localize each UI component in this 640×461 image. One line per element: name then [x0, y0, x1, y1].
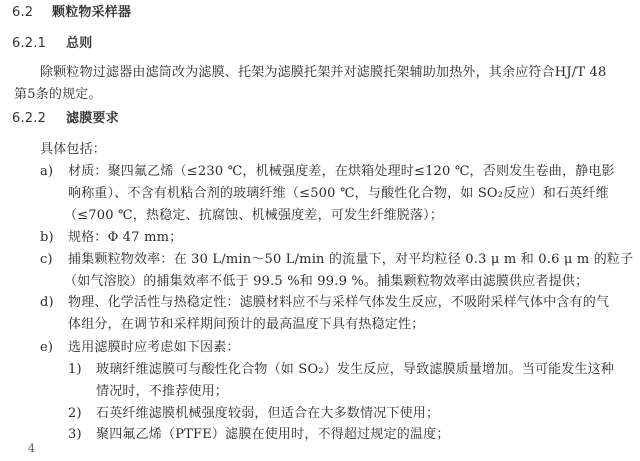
subitem-2-label: 2) — [68, 406, 82, 422]
section-heading: 6.2颗粒物采样器 — [12, 5, 131, 21]
subsection-number: 6.2.1 — [12, 36, 60, 52]
requirements-intro: 具体包括： — [40, 142, 106, 158]
page-number: 4 — [28, 442, 35, 455]
item-c-label: c) — [40, 252, 53, 268]
subitem-2-line-1: 石英纤维滤膜机械强度较弱，但适合在大多数情况下使用； — [96, 406, 439, 422]
subitem-1-label: 1) — [68, 362, 82, 378]
item-b-label: b) — [40, 230, 54, 246]
item-c-line-2: （如气溶胶）的捕集效率不低于 99.5 %和 99.9 %。捕集颗粒物效率由滤膜… — [64, 274, 588, 290]
item-a-line-2: 响称重）、不含有机粘合剂的玻璃纤维（≤500 ℃，与酸性化合物，如 SO₂反应）… — [68, 186, 609, 202]
section-title: 颗粒物采样器 — [52, 5, 131, 20]
item-a-line-1: 材质：聚四氟乙烯（≤230 ℃，机械强度差，在烘箱处理时≤120 ℃，否则发生卷… — [68, 164, 615, 180]
subitem-3-line-1: 聚四氟乙烯（PTFE）滤膜在使用时，不得超过规定的温度； — [96, 427, 450, 443]
section-number: 6.2 — [12, 5, 46, 21]
subsection-number: 6.2.2 — [12, 111, 60, 127]
item-e-line-1: 选用滤膜时应考虑如下因素： — [68, 340, 240, 356]
item-d-line-1: 物理、化学活性与热稳定性：滤膜材料应不与采样气体发生反应，不吸附采样气体中含有的… — [68, 295, 609, 311]
subsection-title: 总则 — [66, 36, 92, 51]
item-a-label: a) — [40, 164, 53, 180]
subitem-3-label: 3) — [68, 427, 82, 443]
item-e-label: e) — [40, 340, 53, 356]
item-b-line-1: 规格：Φ 47 mm； — [68, 230, 182, 246]
general-paragraph-line-2: 第5条的规定。 — [14, 87, 102, 103]
subitem-1-line-2: 情况时，不推荐使用； — [96, 384, 228, 400]
general-paragraph-line-1: 除颗粒物过滤器由滤筒改为滤膜、托架为滤膜托架并对滤膜托架辅助加热外，其余应符合H… — [40, 65, 606, 81]
item-a-line-3: （≤700 ℃，热稳定、抗腐蚀、机械强度差，可发生纤维脱落）； — [64, 208, 443, 224]
item-c-line-1: 捕集颗粒物效率：在 30 L/min～50 L/min 的流量下，对平均粒径 0… — [68, 252, 633, 268]
subsection-heading-general: 6.2.1总则 — [12, 36, 92, 52]
subsection-heading-filter-requirements: 6.2.2滤膜要求 — [12, 111, 119, 127]
subitem-1-line-1: 玻璃纤维滤膜可与酸性化合物（如 SO₂）发生反应，导致滤膜质量增加。当可能发生这… — [96, 362, 614, 378]
subsection-title: 滤膜要求 — [66, 111, 119, 126]
item-d-line-2: 体组分，在调节和采样期间预计的最高温度下具有热稳定性； — [68, 317, 424, 333]
item-d-label: d) — [40, 295, 54, 311]
